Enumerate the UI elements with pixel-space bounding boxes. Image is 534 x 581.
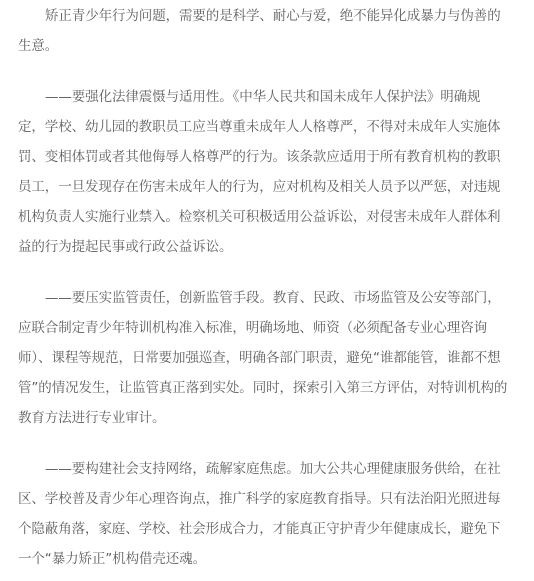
text-line: 益的行为提起民事或行政公益诉讼。 (18, 232, 506, 262)
text-line: 定，学校、幼儿园的教职员工应当尊重未成年人人格尊严，不得对未成年人实施体 (18, 112, 506, 142)
paragraph: ——要压实监管责任，创新监管手段。教育、民政、市场监管及公安等部门，应联合制定青… (18, 283, 506, 433)
text-line: ——要强化法律震慑与适用性。《中华人民共和国未成年人保护法》明确规 (18, 82, 506, 112)
text-line: 管”的情况发生，让监管真正落到实处。同时，探索引入第三方评估，对特训机构的 (18, 373, 506, 403)
text-line: 区、学校普及青少年心理咨询点，推广科学的家庭教育指导。只有法治阳光照进每 (18, 484, 506, 514)
text-line: 矫正青少年行为问题，需要的是科学、耐心与爱，绝不能异化成暴力与伪善的 (18, 1, 506, 31)
text-line: 机构负责人实施行业禁入。检察机关可积极适用公益诉讼，对侵害未成年人群体利 (18, 202, 506, 232)
text-line: 个隐蔽角落，家庭、学校、社会形成合力，才能真正守护青少年健康成长，避免下 (18, 514, 506, 544)
text-line: 师）、课程等规范，日常要加强巡查，明确各部门职责，避免“谁都能管，谁都不想 (18, 343, 506, 373)
text-line: 一个“暴力矫正”机构借壳还魂。 (18, 544, 506, 574)
text-line: 员工，一旦发现存在伤害未成年人的行为，应对机构及相关人员予以严惩，对违规 (18, 172, 506, 202)
text-line: 应联合制定青少年特训机构准入标准，明确场地、师资（必须配备专业心理咨询 (18, 313, 506, 343)
text-line: ——要构建社会支持网络，疏解家庭焦虑。加大公共心理健康服务供给，在社 (18, 454, 506, 484)
text-line: 生意。 (18, 31, 506, 61)
text-line: 罚、变相体罚或者其他侮辱人格尊严的行为。该条款应适用于所有教育机构的教职 (18, 142, 506, 172)
paragraph: 矫正青少年行为问题，需要的是科学、耐心与爱，绝不能异化成暴力与伪善的生意。 (18, 1, 506, 61)
text-line: ——要压实监管责任，创新监管手段。教育、民政、市场监管及公安等部门， (18, 283, 506, 313)
article-body: 矫正青少年行为问题，需要的是科学、耐心与爱，绝不能异化成暴力与伪善的生意。——要… (0, 0, 534, 574)
paragraph: ——要构建社会支持网络，疏解家庭焦虑。加大公共心理健康服务供给，在社区、学校普及… (18, 454, 506, 574)
paragraph: ——要强化法律震慑与适用性。《中华人民共和国未成年人保护法》明确规定，学校、幼儿… (18, 82, 506, 262)
text-line: 教育方法进行专业审计。 (18, 403, 506, 433)
